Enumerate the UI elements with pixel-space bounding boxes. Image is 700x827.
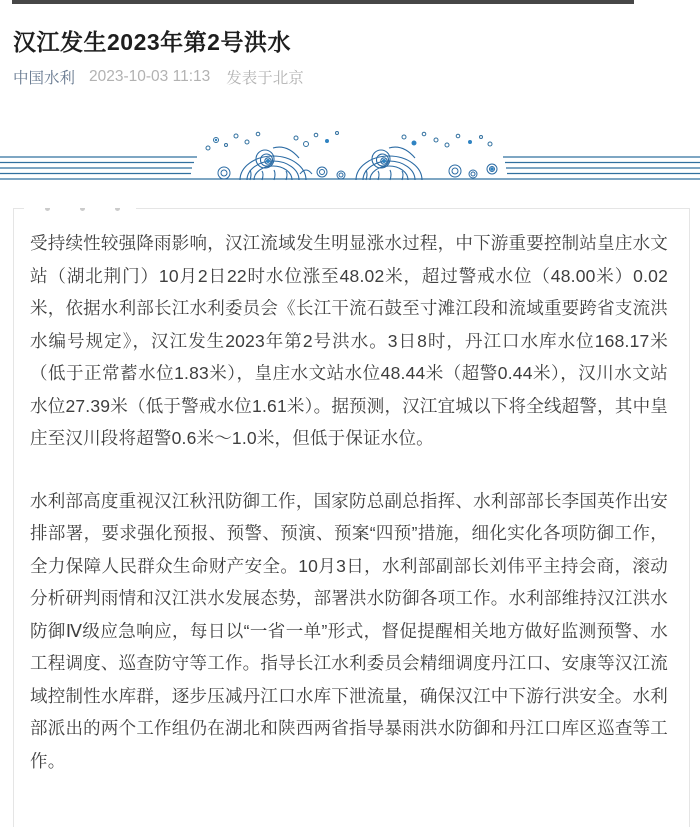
- small-curl-center: [490, 167, 494, 171]
- byline: 中国水利 2023-10-03 11:13 发表于北京: [13, 66, 687, 88]
- wave-curl-icon: [356, 147, 422, 180]
- small-curl-icons: [449, 164, 497, 178]
- wave-curl-center: [382, 159, 386, 163]
- account-name-link[interactable]: 中国水利: [13, 66, 75, 88]
- droplet-icons-filled: [215, 139, 472, 146]
- publish-time: 2023-10-03 11:13: [89, 68, 210, 86]
- decorative-dot: [115, 208, 120, 211]
- article-paragraph: 受持续性较强降雨影响，汉江流域发生明显涨水过程，中下游重要控制站皇庄水文站（湖北…: [30, 227, 668, 455]
- article-body-card: 受持续性较强降雨影响，汉江流域发生明显涨水过程，中下游重要控制站皇庄水文站（湖北…: [13, 208, 690, 827]
- card-top-border-decoration: [14, 208, 689, 209]
- decorative-dot: [80, 208, 85, 211]
- decorative-dot: [45, 208, 50, 211]
- wave-ornament-illustration: [0, 128, 700, 184]
- droplet-icons: [206, 132, 492, 151]
- article-paragraph: 水利部高度重视汉江秋汛防御工作，国家防总副总指挥、水利部部长李国英作出安排部署，…: [30, 485, 668, 778]
- wave-curl-center: [266, 159, 270, 163]
- small-curl-icons: [218, 167, 345, 179]
- wave-ornament-svg: [0, 128, 700, 184]
- wave-curl-icon: [240, 147, 306, 180]
- article-title: 汉江发生2023年第2号洪水: [13, 27, 687, 57]
- cropped-top-strip: [12, 0, 634, 4]
- article-header: 汉江发生2023年第2号洪水 中国水利 2023-10-03 11:13 发表于…: [0, 0, 700, 88]
- wave-horizontal-lines: [0, 157, 700, 179]
- publish-location: 发表于北京: [226, 66, 304, 88]
